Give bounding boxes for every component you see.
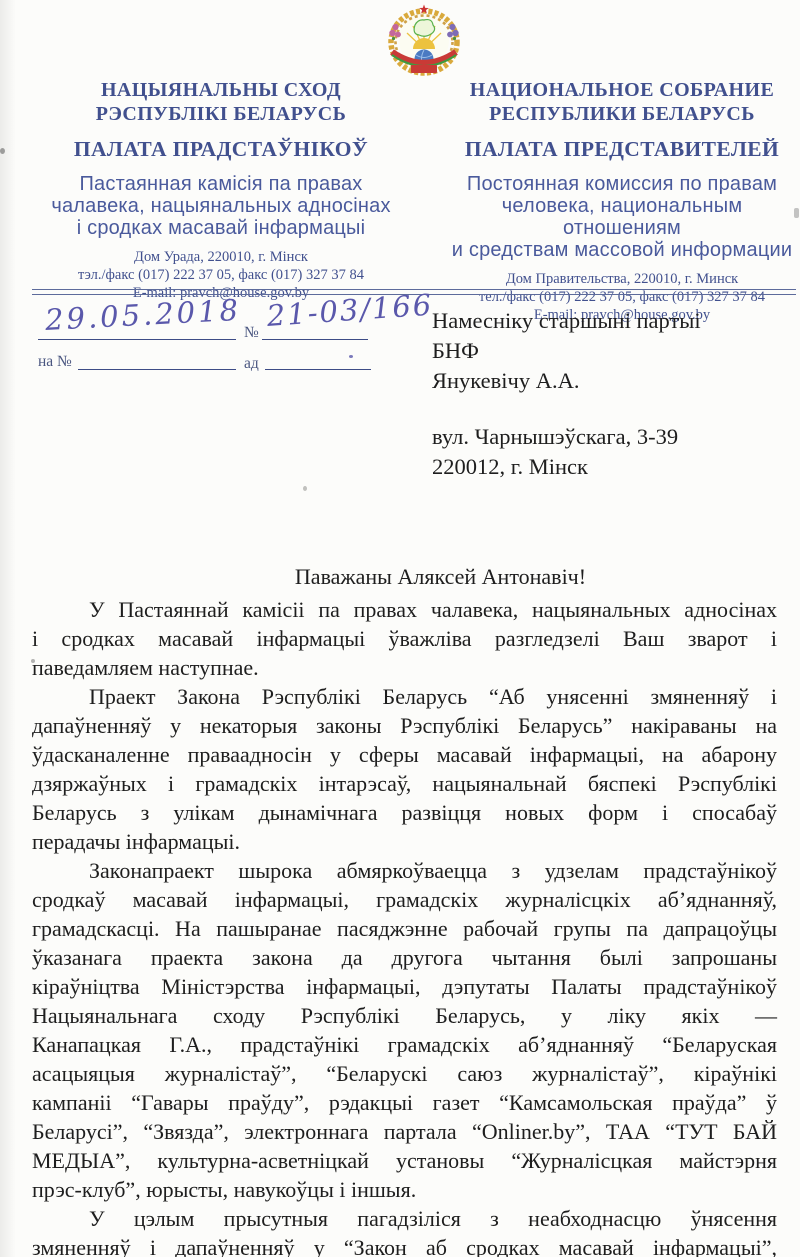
body-paragraphs: У Пастаяннай камісіі па правах чалавека,… <box>32 595 777 1257</box>
reply-date-label: ад <box>244 355 259 373</box>
letterhead-russian: НАЦИОНАЛЬНОЕ СОБРАНИЕРЕСПУБЛИКИ БЕЛАРУСЬ… <box>446 78 798 324</box>
body-line: кампаніі “Гавары праўду”, рэдакцыі газет… <box>32 1088 777 1117</box>
body-line: Праект Закона Рэспублікі Беларусь “Аб ун… <box>32 682 777 711</box>
body-line: У Пастаяннай камісіі па правах чалавека,… <box>32 595 777 624</box>
org-name-line: РЭСПУБЛІКІ БЕЛАРУСЬ <box>35 102 407 126</box>
letterhead-belarusian: НАЦЫЯНАЛЬНЫ СХОДРЭСПУБЛІКІ БЕЛАРУСЬ ПАЛА… <box>35 78 407 302</box>
number-underline <box>262 339 368 340</box>
commission-line: и средствам массовой информации <box>446 239 798 261</box>
recipient-line: Янукевічу А.А. <box>432 366 701 396</box>
date-underline <box>38 339 236 340</box>
body-line: МЕДЫА”, культурна-асветніцкай установы “… <box>32 1146 777 1175</box>
body-line: дзяржаўных і грамадскіх інтарэсаў, нацыя… <box>32 769 777 798</box>
scan-artifact <box>0 148 5 154</box>
letter-body: Паважаны Аляксей Антонавіч! У Пастаяннай… <box>32 562 777 1257</box>
recipient-address-lines: вул. Чарнышэўскага, 3-39220012, г. Мінск <box>432 422 701 482</box>
body-paragraph: У Пастаяннай камісіі па правах чалавека,… <box>32 595 777 682</box>
body-line: кіраўніцтва Міністэрства інфармацыі, дэп… <box>32 972 777 1001</box>
recipient-address-line: 220012, г. Мінск <box>432 452 701 482</box>
body-line: і сродках масавай інфармацыі ўважліва ра… <box>32 624 777 653</box>
org-name-line: РЕСПУБЛИКИ БЕЛАРУСЬ <box>446 102 798 126</box>
recipient-address-line: вул. Чарнышэўскага, 3-39 <box>432 422 701 452</box>
salutation: Паважаны Аляксей Антонавіч! <box>32 562 777 591</box>
body-line: перадачы інфармацыі. <box>32 827 777 856</box>
body-line: У цэлым прысутныя пагадзіліся з неабходн… <box>32 1204 777 1233</box>
belarus-coat-of-arms-icon <box>384 2 464 76</box>
body-line: ўдасканаленне праваадносін у сферы масав… <box>32 740 777 769</box>
body-line: Нацыянальнага сходу Рэспублікі Беларусь,… <box>32 1001 777 1030</box>
recipient-block: Намесніку старшыні партыіБНФЯнукевічу А.… <box>432 306 701 482</box>
commission-line: і сродках масавай інфармацыі <box>35 217 407 239</box>
org-name-line: НАЦЫЯНАЛЬНЫ СХОД <box>35 78 407 102</box>
commission-line: человека, национальным отношениям <box>446 195 798 239</box>
commission-line: Пастаянная камісія па правах <box>35 173 407 195</box>
commission-line: чалавека, нацыянальных адносінах <box>35 195 407 217</box>
reply-to-number-label: на № <box>38 353 72 371</box>
body-line: змяненняў і дапаўненняў у “Закон аб срод… <box>32 1233 777 1257</box>
org-name-ru: НАЦИОНАЛЬНОЕ СОБРАНИЕРЕСПУБЛИКИ БЕЛАРУСЬ <box>446 78 798 126</box>
body-line: Законапраект шырока абмяркоўваецца з удз… <box>32 856 777 885</box>
chamber-name-ru: ПАЛАТА ПРЕДСТАВИТЕЛЕЙ <box>446 137 798 161</box>
ink-dot-artifact <box>349 355 353 358</box>
recipient-name-lines: Намесніку старшыні партыіБНФЯнукевічу А.… <box>432 306 701 396</box>
org-name-by: НАЦЫЯНАЛЬНЫ СХОДРЭСПУБЛІКІ БЕЛАРУСЬ <box>35 78 407 126</box>
commission-name-by: Пастаянная камісія па правахчалавека, на… <box>35 173 407 239</box>
body-line: дапаўненняў у некаторыя законы Рэспублік… <box>32 711 777 740</box>
commission-line: Постоянная комиссия по правам <box>446 173 798 195</box>
contact-line: Дом Правительства, 220010, г. Минск <box>446 270 798 288</box>
body-line: ўказанага праекта закона да другога чыта… <box>32 943 777 972</box>
body-paragraph: Праект Закона Рэспублікі Беларусь “Аб ун… <box>32 682 777 856</box>
body-line: паведамляем наступнае. <box>32 653 777 682</box>
body-line: Беларусі”, “Звязда”, электроннага партал… <box>32 1117 777 1146</box>
reply-date-underline <box>265 369 371 370</box>
body-line: прэс-клуб”, юрысты, навукоўцы і іншыя. <box>32 1175 777 1204</box>
contact-line: Дом Урада, 220010, г. Мінск <box>35 248 407 266</box>
org-name-line: НАЦИОНАЛЬНОЕ СОБРАНИЕ <box>446 78 798 102</box>
body-line: Беларусь з улікам дынамічнага развіцця н… <box>32 798 777 827</box>
recipient-gap <box>432 396 701 422</box>
chamber-name-by: ПАЛАТА ПРАДСТАЎНІКОЎ <box>35 137 407 161</box>
commission-name-ru: Постоянная комиссия по правамчеловека, н… <box>446 173 798 261</box>
scanned-letter-page: НАЦЫЯНАЛЬНЫ СХОДРЭСПУБЛІКІ БЕЛАРУСЬ ПАЛА… <box>0 0 800 1257</box>
recipient-line: Намесніку старшыні партыі <box>432 306 701 336</box>
body-line: сродкаў масавай інфармацыі, грамадскіх ж… <box>32 885 777 914</box>
body-paragraph: Законапраект шырока абмяркоўваецца з удз… <box>32 856 777 1204</box>
body-line: Канапацкая Г.А., прадстаўнікі грамадскіх… <box>32 1030 777 1059</box>
recipient-line: БНФ <box>432 336 701 366</box>
reply-number-underline <box>78 369 236 370</box>
body-line: грамадскасці. На пашыранае пасяджэнне ра… <box>32 914 777 943</box>
body-paragraph: У цэлым прысутныя пагадзіліся з неабходн… <box>32 1204 777 1257</box>
number-sign-label: № <box>244 324 259 342</box>
body-line: асацыяцыя журналістаў”, “Беларускі саюз … <box>32 1059 777 1088</box>
contact-line: тэл./факс (017) 222 37 05, факс (017) 32… <box>35 266 407 284</box>
scan-artifact <box>303 486 307 491</box>
